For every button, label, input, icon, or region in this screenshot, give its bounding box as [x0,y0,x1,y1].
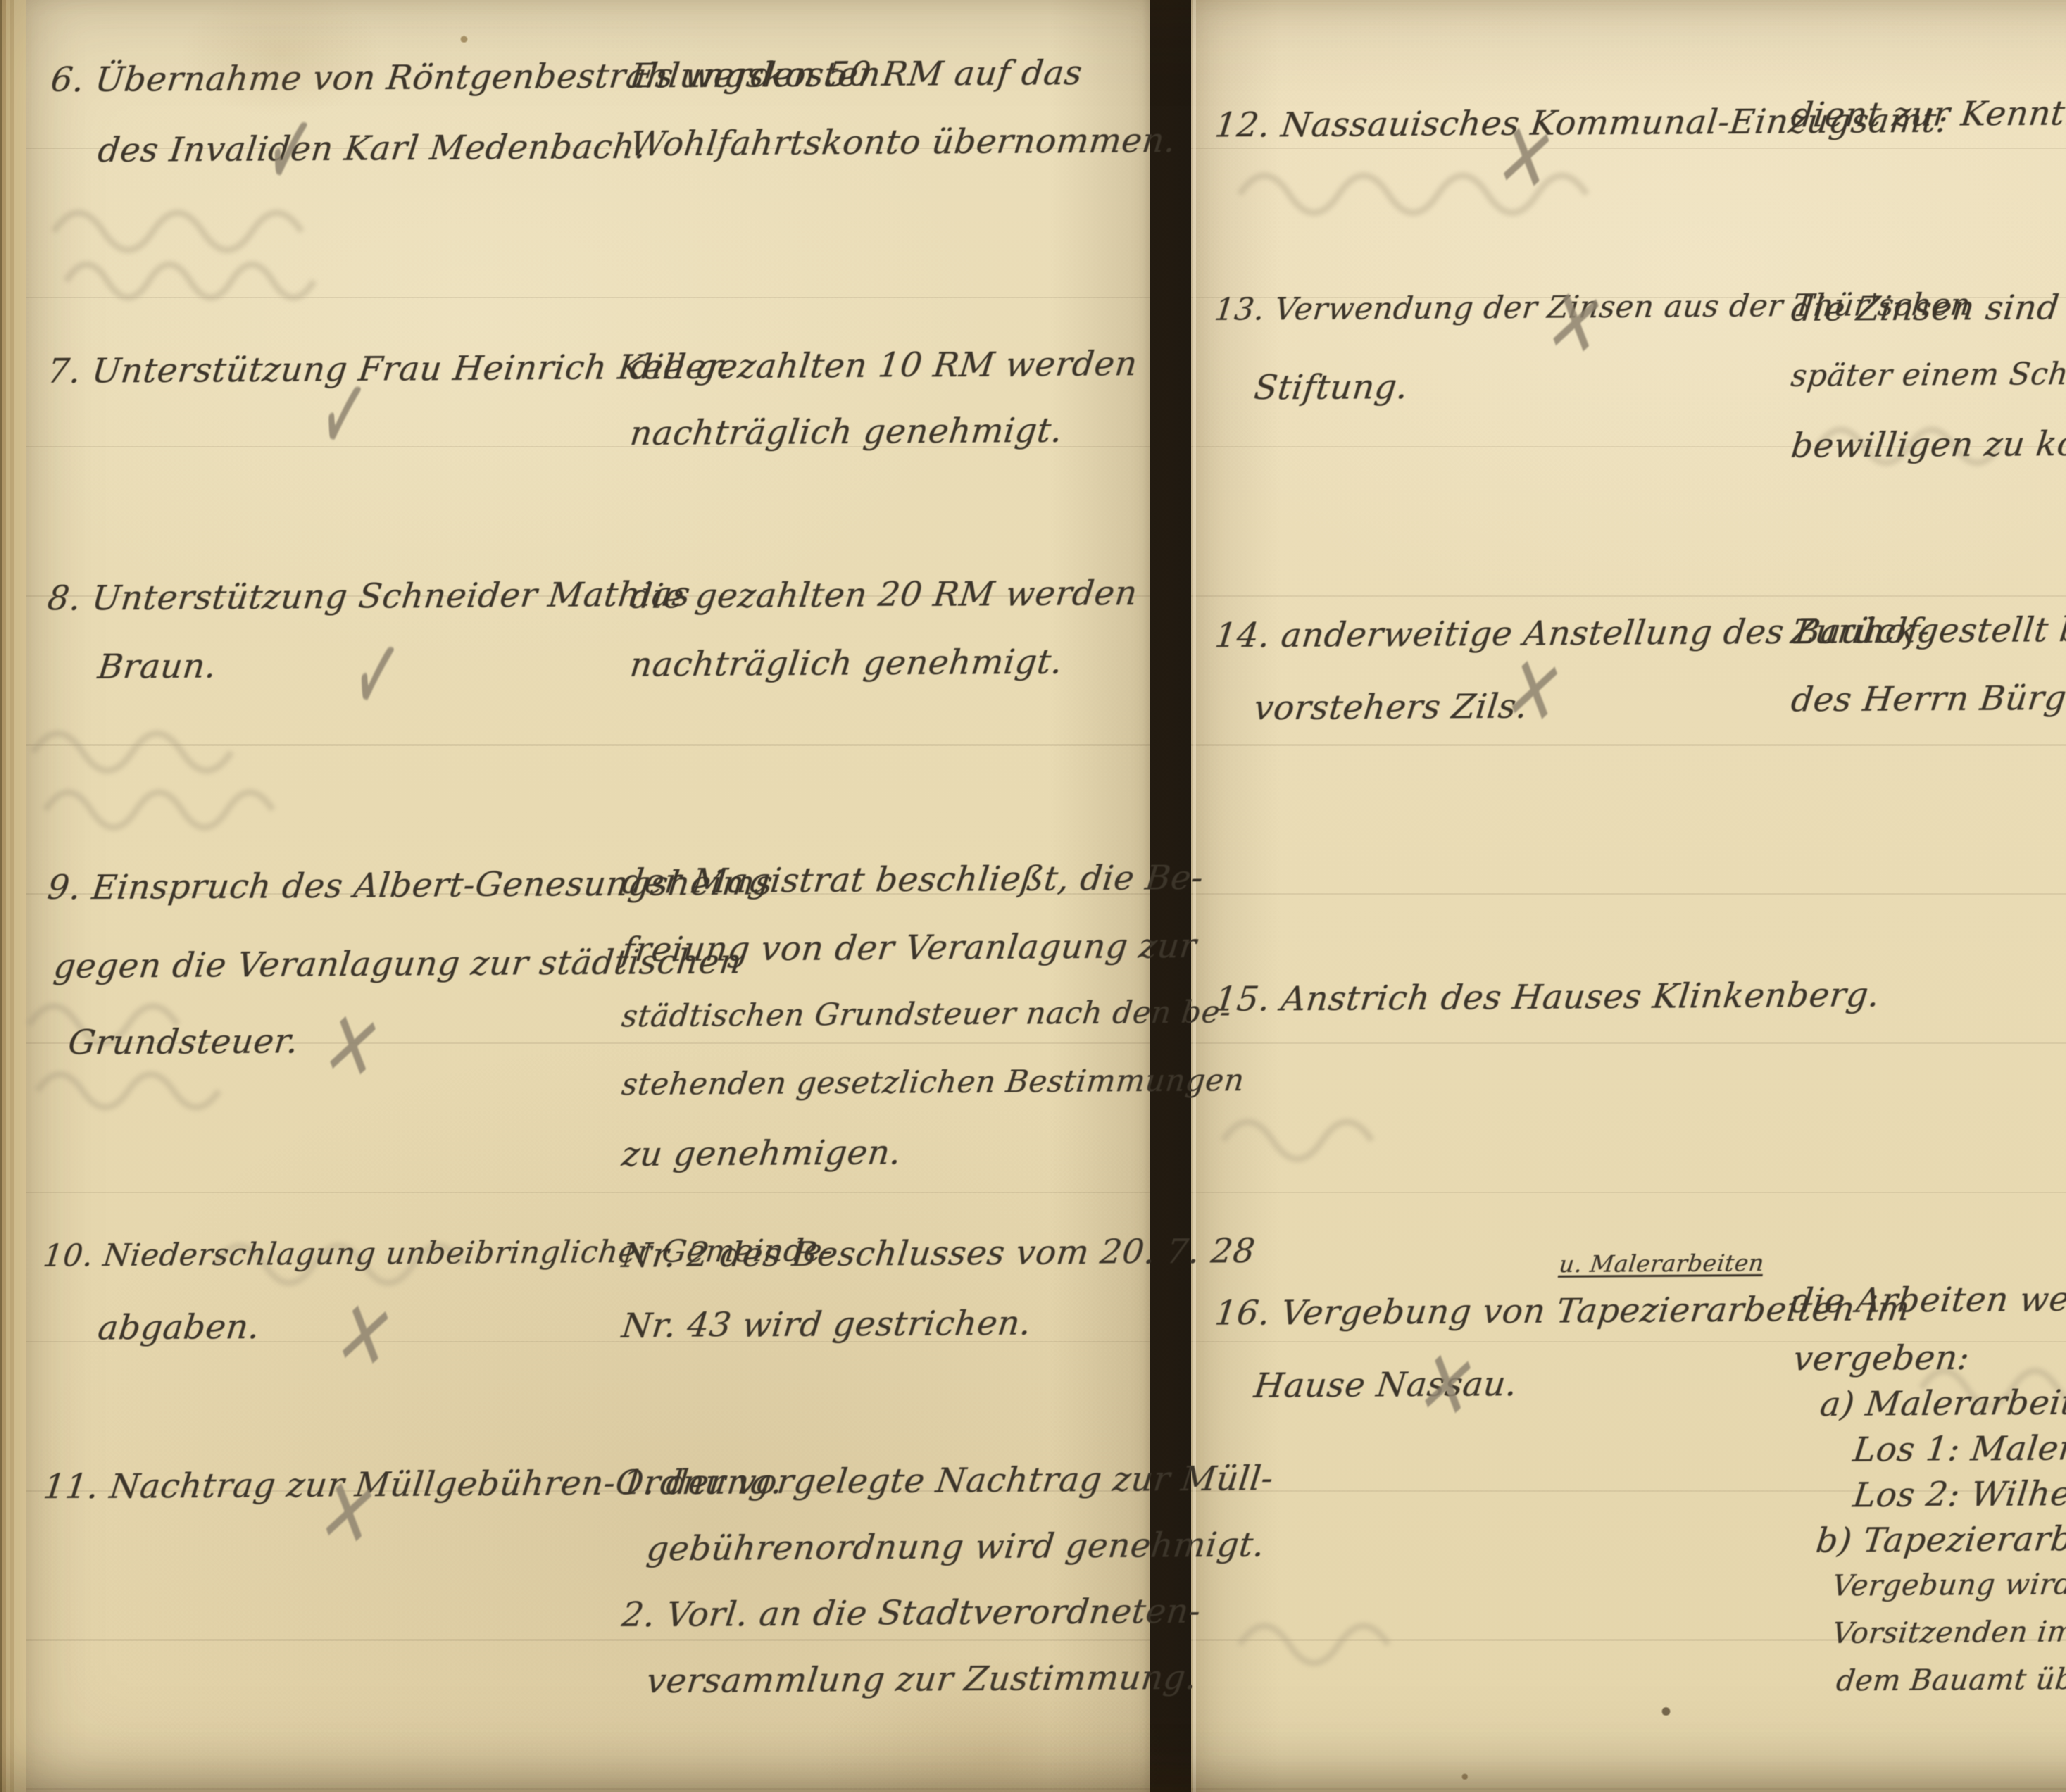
book-fore-edge [0,0,26,1792]
entry-15-topic-line: 15. Anstrich des Hauses Klinkenberg. [1213,977,1882,1019]
entry-14-topic-line: vorstehers Zils. [1252,688,1530,727]
entry-7-resolution-line: nachträglich genehmigt. [628,412,1064,452]
entry-6-resolution-line: Wohlfahrtskonto übernommen. [628,122,1178,163]
entry-9-topic-line: Grundsteuer. [66,1023,300,1062]
entry-10-topic-line: abgaben. [96,1309,262,1347]
entry-13-resolution-line: die Zinsen sind anzusammeln um [1789,287,2066,328]
entry-11-resolution-line: 1. der vorgelegte Nachtrag zur Müll- [620,1460,1275,1502]
entry-9-resolution-line: zu genehmigen. [620,1134,903,1173]
entry-16-resolution-line: Vergebung wird dem stellvertretenden [1830,1566,2066,1602]
entry-7-resolution-line: die gezahlten 10 RM werden [628,345,1139,386]
entry-6-topic-line: des Invaliden Karl Medenbach. [96,129,648,169]
entry-11-resolution-line: gebührenordnung wird genehmigt. [645,1527,1266,1568]
entry-11-resolution-line: 2. Vorl. an die Stadtverordneten- [620,1593,1203,1634]
entry-10-resolution-line: Nr. 2 des Beschlusses vom 20. 7. 28 [620,1233,1257,1275]
entry-8-resolution-line: die gezahlten 20 RM werden [628,575,1139,616]
entry-11-resolution-line: versammlung zur Zustimmung. [645,1659,1199,1700]
entry-16-topic-line: Hause Nassau. [1252,1366,1519,1405]
entry-16-resolution-line: a) Malerarbeiten: [1818,1384,2066,1423]
entry-9-resolution-line: städtischen Grundsteuer nach den be- [620,996,1233,1034]
entry-16-inserted-note: u. Malerarbeiten [1558,1251,1766,1278]
entry-16-resolution-line: dem Bauamt überlassen. [1835,1663,2066,1697]
entry-9-resolution-line: der Magistrat beschließt, die Be- [620,859,1205,901]
entry-16-resolution-line: Los 2: Wilhelm Stilb [1851,1475,2066,1514]
entry-13-topic-line: Stiftung. [1252,369,1410,407]
entry-16-resolution-line: vergeben: [1791,1340,1971,1378]
ledger-photo: 6. Übernahme von Röntgenbestrahlungskost… [0,0,2066,1792]
entry-16-resolution-line: Los 1: Malervereinigung [1851,1429,2066,1469]
entry-10-resolution-line: Nr. 43 wird gestrichen. [620,1305,1033,1345]
entry-13-resolution-line: später einem Schüler eine Freistelle [1789,355,2066,393]
entry-16-resolution-line: die Arbeiten werden wie folgt [1789,1279,2066,1320]
entry-13-resolution-line: bewilligen zu können. [1789,425,2066,465]
entry-16-resolution-line: b) Tapezierarbeiten: [1814,1520,2066,1560]
entry-9-resolution-line: freiung von der Veranlagung zur [620,928,1198,969]
entry-14-resolution-line: des Herrn Bürgermeisters. [1789,678,2066,719]
entry-8-topic-line: Braun. [96,648,219,686]
entry-6-resolution-line: Es werden 50 RM auf das [628,55,1084,95]
entry-16-resolution-line: Vorsitzenden im Einvernehmen mit [1830,1614,2066,1649]
entry-12-resolution-line: dient zur Kenntnis [1789,95,2066,135]
entry-9-resolution-line: stehenden gesetzlichen Bestimmungen [620,1064,1246,1102]
entry-14-resolution-line: Zurückgestellt bis zur Rückkehr [1789,609,2066,651]
entry-8-resolution-line: nachträglich genehmigt. [628,644,1064,684]
